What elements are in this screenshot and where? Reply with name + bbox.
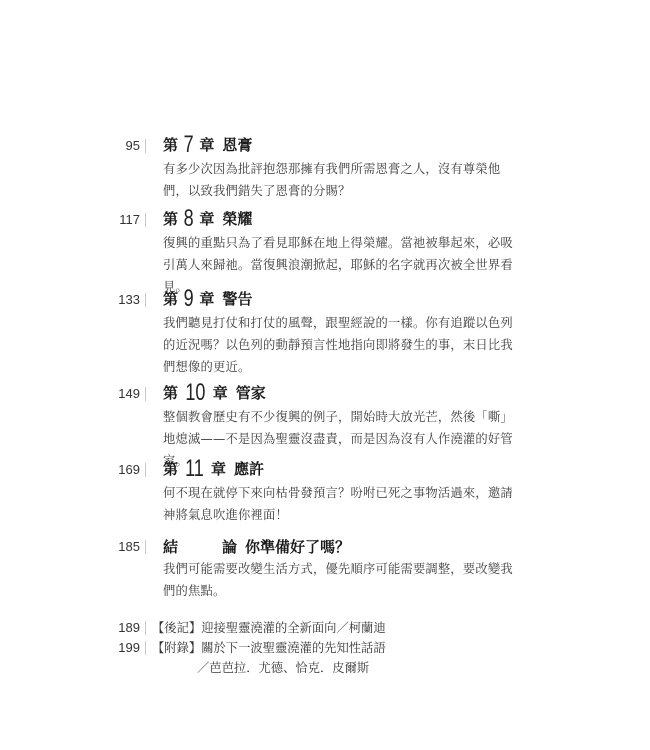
page-number: 117: [100, 211, 140, 229]
chapter-suffix: 章: [199, 136, 214, 154]
chapter-title: 第8章榮耀: [163, 207, 252, 231]
afterword-title: 【後記】迎接聖靈澆灌的全新面向／柯蘭迪: [152, 619, 386, 637]
chapter-suffix: 章: [199, 290, 214, 308]
separator-bar: [145, 641, 146, 655]
page-number: 133: [100, 291, 140, 309]
page-number: 149: [100, 385, 140, 403]
conclusion-label-second: 論: [222, 538, 237, 556]
chapter-description: 何不現在就停下來向枯骨發預言？吩咐已死之事物活過來，邀請神將氣息吹進你裡面！: [163, 482, 525, 526]
separator-bar: [145, 540, 146, 554]
chapter-name: 恩膏: [222, 136, 252, 154]
page-number: 185: [100, 538, 140, 556]
appendix-authors: ／芭芭拉．尤德、恰克．皮爾斯: [197, 659, 369, 677]
chapter-description: 我們聽見打仗和打仗的風聲，跟聖經說的一樣。你有追蹤以色列的近況嗎？以色列的動靜預…: [163, 312, 525, 378]
chapter-number: 9: [184, 287, 194, 311]
page-number: 95: [100, 137, 140, 155]
chapter-number: 10: [185, 381, 205, 405]
separator-bar: [145, 139, 146, 153]
chapter-number: 7: [184, 133, 194, 157]
conclusion-title: 結論你準備好了嗎？: [163, 535, 350, 559]
conclusion-description: 我們可能需要改變生活方式，優先順序可能需要調整，要改變我們的焦點。: [163, 558, 525, 602]
page-number: 169: [100, 461, 140, 479]
appendix-title: 【附錄】關於下一波聖靈澆灌的先知性話語: [152, 639, 386, 657]
chapter-title: 第7章恩膏: [163, 133, 252, 157]
page-number: 189: [100, 619, 140, 637]
conclusion-name: 你準備好了嗎？: [245, 538, 350, 556]
page-number: 199: [100, 639, 140, 657]
chapter-description: 有多少次因為批評抱怨那擁有我們所需恩膏之人，沒有尊榮他們，以致我們錯失了恩膏的分…: [163, 158, 525, 202]
chapter-prefix: 第: [163, 290, 178, 308]
separator-bar: [145, 463, 146, 477]
chapter-title: 第10章管家: [163, 381, 266, 405]
chapter-title: 第9章警告: [163, 287, 252, 311]
conclusion-label-first: 結: [163, 538, 178, 556]
chapter-number: 11: [185, 457, 204, 481]
separator-bar: [145, 621, 146, 635]
chapter-name: 警告: [222, 290, 252, 308]
separator-bar: [145, 293, 146, 307]
chapter-title: 第11章應許: [163, 457, 264, 481]
chapter-prefix: 第: [163, 460, 178, 478]
chapter-suffix: 章: [213, 384, 228, 402]
chapter-number: 8: [184, 207, 194, 231]
chapter-prefix: 第: [163, 384, 178, 402]
chapter-prefix: 第: [163, 136, 178, 154]
separator-bar: [145, 387, 146, 401]
chapter-prefix: 第: [163, 210, 178, 228]
chapter-suffix: 章: [199, 210, 214, 228]
separator-bar: [145, 213, 146, 227]
chapter-name: 應許: [234, 460, 264, 478]
chapter-name: 管家: [236, 384, 266, 402]
chapter-name: 榮耀: [222, 210, 252, 228]
chapter-suffix: 章: [211, 460, 226, 478]
